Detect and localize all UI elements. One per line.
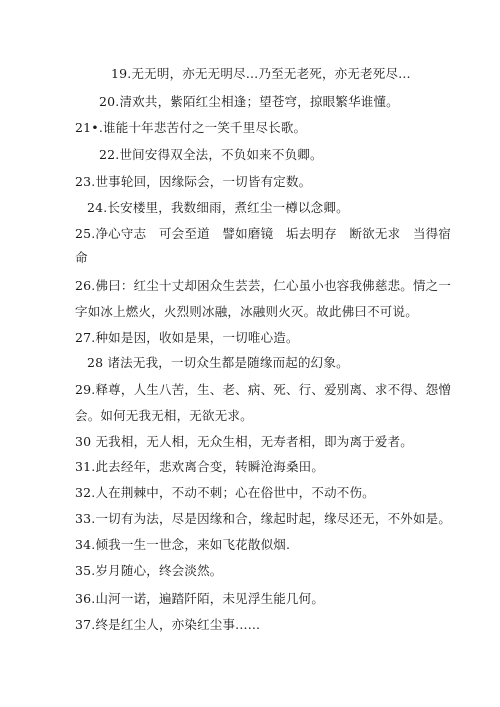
quote-line-23: 23.世事轮回，因缘际会，一切皆有定数。 (75, 174, 311, 190)
quote-line-27: 27.种如是因，收如是果，一切唯心造。 (75, 330, 299, 346)
quote-line-37: 37.终是红尘人，亦染红尘事...... (75, 617, 260, 633)
quote-line-29-continued: 会。如何无我无相，无欲无求。 (75, 408, 253, 424)
document-page: 19.无无明，亦无无明尽…乃至无老死，亦无老死尽… 20.清欢共，紫陌红尘相逢；… (0, 0, 500, 707)
quote-line-26: 26.佛曰：红尘十丈却困众生芸芸，仁心虽小也容我佛慈悲。情之一 (75, 278, 451, 294)
quote-line-33: 33.一切有为法，尽是因缘和合，缘起时起，缘尽还无，不外如是。 (75, 511, 451, 527)
quote-line-25-continued: 命 (75, 250, 88, 266)
quote-line-20: 20.清欢共，紫陌红尘相逢；望苍穹，掠眼繁华谁懂。 (99, 94, 399, 110)
quote-line-22: 22.世间安得双全法，不负如来不负卿。 (99, 147, 323, 163)
quote-line-30: 30 无我相，无人相，无众生相，无寿者相，即为离于爱者。 (75, 434, 413, 450)
quote-line-24: 24.长安楼里，我数细雨，煮红尘一樽以念卿。 (87, 200, 349, 216)
quote-line-31: 31.此去经年，悲欢离合变，转瞬沧海桑田。 (75, 459, 324, 475)
quote-line-36: 36.山河一诺，遍踏阡陌，未见浮生能几何。 (75, 591, 324, 607)
quote-line-29: 29.释尊，人生八苦，生、老、病、死、行、爱别离、求不得、怨憎 (75, 382, 451, 398)
quote-line-26-continued: 字如冰上燃火，火烈则冰融，冰融则火灭。故此佛曰不可说。 (75, 304, 418, 320)
quote-line-28: 28 诸法无我，一切众生都是随缘而起的幻象。 (87, 355, 349, 371)
quote-line-34: 34.倾我一生一世念，来如飞花散似烟. (75, 537, 290, 553)
quote-line-35: 35.岁月随心，终会淡然。 (75, 563, 222, 579)
quote-line-25: 25.净心守志 可会至道 譬如磨镜 垢去明存 断欲无求 当得宿 (75, 226, 451, 242)
quote-line-21: 21•.谁能十年悲苦付之一笑千里尽长歌。 (75, 120, 306, 136)
quote-line-32: 32.人在荆棘中，不动不刺；心在俗世中，不动不伤。 (75, 485, 375, 501)
quote-line-19: 19.无无明，亦无无明尽…乃至无老死，亦无老死尽… (111, 66, 411, 82)
